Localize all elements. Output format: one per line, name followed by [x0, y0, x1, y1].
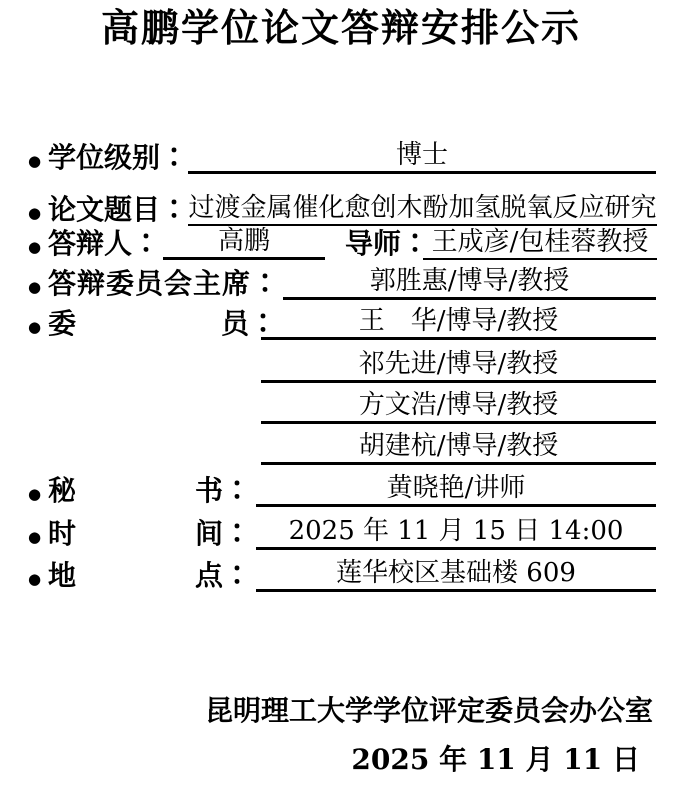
committee-member-row: 胡建杭/博导/教授	[0, 431, 682, 465]
committee-member: 方文浩/博导/教授	[261, 390, 656, 424]
bullet-icon: ●	[28, 320, 41, 335]
committee-member: 祁先进/博导/教授	[261, 349, 656, 383]
secretary-label: 秘 书∶	[48, 474, 251, 508]
bullet-icon: ●	[28, 154, 41, 169]
thesis-title-label: 论文题目∶	[48, 193, 188, 227]
bullet-icon: ●	[28, 487, 41, 502]
committee-row: ● 委 员∶ 王 华/博导/教授	[0, 306, 682, 340]
thesis-title-row: ● 论文题目∶ 过渡金属催化愈创木酚加氢脱氧反应研究	[0, 190, 682, 226]
place-label: 地 点∶	[48, 559, 251, 593]
chair-label: 答辩委员会主席∶	[48, 267, 280, 301]
degree-label: 学位级别∶	[48, 141, 188, 175]
place-value: 莲华校区基础楼 609	[256, 558, 656, 592]
thesis-title-value: 过渡金属催化愈创木酚加氢脱氧反应研究	[188, 193, 657, 226]
time-label: 时 间∶	[48, 517, 251, 551]
chair-row: ● 答辩委员会主席∶ 郭胜惠/博导/教授	[0, 266, 682, 300]
committee-member-row: 方文浩/博导/教授	[0, 390, 682, 424]
secretary-label-right: 书∶	[195, 474, 251, 508]
secretary-row: ● 秘 书∶ 黄晓艳/讲师	[0, 473, 682, 507]
bullet-icon: ●	[28, 240, 41, 255]
bullet-icon: ●	[28, 530, 41, 545]
defense-announcement-document: 高鹏学位论文答辩安排公示 ● 学位级别∶ 博士 ● 论文题目∶ 过渡金属催化愈创…	[0, 0, 682, 792]
chair-value: 郭胜惠/博导/教授	[283, 266, 656, 300]
defender-label: 答辩人∶	[48, 227, 160, 261]
time-value: 2025 年 11 月 15 日 14:00	[256, 516, 656, 550]
advisor-label: 导师∶	[345, 227, 429, 261]
time-row: ● 时 间∶ 2025 年 11 月 15 日 14:00	[0, 516, 682, 550]
degree-value: 博士	[188, 140, 656, 174]
advisor-value: 王成彦/包桂蓉教授	[423, 227, 657, 260]
committee-member-row: 祁先进/博导/教授	[0, 349, 682, 383]
time-label-right: 间∶	[195, 517, 251, 551]
footer-date: 2025 年 11 月 11 日	[351, 745, 640, 775]
time-label-left: 时	[48, 517, 76, 551]
secretary-label-left: 秘	[48, 474, 76, 508]
committee-label-left: 委	[48, 307, 76, 341]
defender-value: 高鹏	[163, 226, 325, 260]
place-label-left: 地	[48, 559, 76, 593]
committee-member: 王 华/博导/教授	[261, 306, 656, 340]
bullet-icon: ●	[28, 280, 41, 295]
footer-office: 昆明理工大学学位评定委员会办公室	[205, 696, 653, 726]
committee-member: 胡建杭/博导/教授	[261, 431, 656, 465]
bullet-icon: ●	[28, 206, 41, 221]
bullet-icon: ●	[28, 572, 41, 587]
committee-label: 委 员∶	[48, 307, 277, 341]
place-row: ● 地 点∶ 莲华校区基础楼 609	[0, 558, 682, 592]
degree-row: ● 学位级别∶ 博士	[0, 140, 682, 174]
place-label-right: 点∶	[195, 559, 251, 593]
secretary-value: 黄晓艳/讲师	[256, 473, 656, 507]
page-title: 高鹏学位论文答辩安排公示	[0, 8, 682, 50]
defender-row: ● 答辩人∶ 高鹏 导师∶ 王成彦/包桂蓉教授	[0, 226, 682, 260]
